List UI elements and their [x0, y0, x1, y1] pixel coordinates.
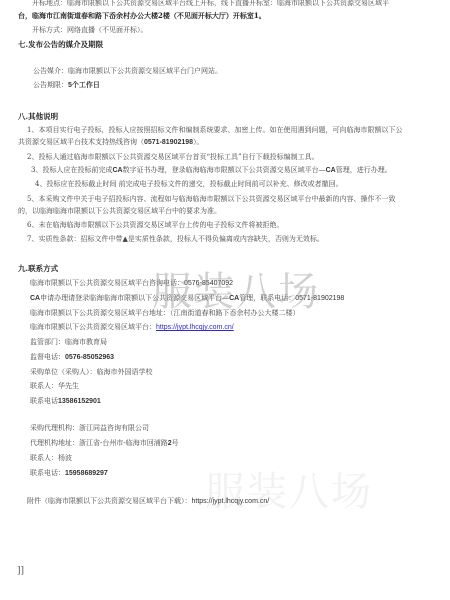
note-1-line1: 1、本项目实行电子投标，投标人应按照招标文件和编制系统要求、加密上传。如在使用遇… [27, 126, 402, 135]
platform-address: 临海市限额以下公共资源交易区域平台地址：（江南街道春和路下岙余村办公大楼二楼） [30, 309, 300, 318]
supervisor-phone: 监督电话：0576-85052963 [30, 353, 114, 362]
tech-support-phone: 0571-81902198 [144, 139, 193, 146]
agency-phone: 联系电话：15958689297 [30, 469, 108, 478]
note-5-line2: 的，以临海临海市限额以下公共资源交易区域平台中的要求为准。 [18, 207, 221, 216]
note-5-line1: 5、本采购文件中关于电子招投标内容、流程如与临海临海市限额以下公共资源交易区域平… [27, 195, 395, 204]
platform-phone: 临海市限额以下公共资源交易区域平台咨询电话：0576-85407092 [30, 279, 233, 288]
section-8-heading: 八.其他说明 [18, 112, 58, 122]
announcement-period-label: 公告期限： [33, 81, 68, 89]
opening-location-line1: 开标地点：临海市限额以下公共资源交易区域平台线上开标，线下直播开标室：临海市限额… [32, 0, 389, 8]
opening-location-line2: 台，临海市江南街道春和路下岙余村办公大楼2楼（不见面开标大厅）开标室1。 [18, 11, 266, 20]
document-page: 开标地点：临海市限额以下公共资源交易区域平台线上开标，线下直播开标室：临海市限额… [0, 0, 450, 600]
note-4: 4、投标应在投标截止时间 前完成电子投标文件的递交，投标截止时间前可以补充、修改… [35, 180, 343, 189]
purchaser-phone: 联系电话13586152901 [30, 397, 101, 406]
watermark: 服装八场 [152, 270, 320, 314]
agency: 采购代理机构：浙江同益咨询有限公司 [30, 424, 149, 433]
text-cursor-icon: ]] [17, 566, 24, 576]
section-7-heading: 七.发布公告的媒介及期限 [18, 40, 103, 50]
note-2: 2、投标人通过临海市限额以下公共资源交易区域平台首页“投标工具”自行下载投标编制… [27, 153, 319, 162]
note-3: 3、投标人应在投标前完成CA数字证书办理，登录临海临海市限额以下公共资源交易区域… [31, 166, 392, 175]
note-1-line2: 共资源交易区域平台技术支持热线咨询（0571-81902198）。 [18, 138, 204, 147]
supervisor: 监管部门：临海市教育局 [30, 338, 107, 347]
agency-contact: 联系人：杨波 [30, 454, 72, 463]
ca-phone-number: 0571-81902198 [295, 295, 344, 302]
platform-url-link[interactable]: https://jypt.lhcqjy.com.cn/ [156, 324, 234, 331]
opening-method: 开标方式：网络直播（不见面开标）。 [32, 26, 148, 35]
purchaser-contact: 联系人：华先生 [30, 382, 79, 391]
section-9-heading: 九.联系方式 [18, 264, 58, 274]
announcement-period: 公告期限：5个工作日 [33, 81, 100, 90]
announcement-media: 公告媒介：临海市限额以下公共资源交易区域平台门户网站。 [33, 67, 222, 76]
announcement-period-value: 5个工作日 [68, 82, 100, 89]
watermark-faint: 服装八场 [205, 470, 373, 514]
purchaser: 采购单位（采购人）：临海市外国语学校 [30, 368, 153, 377]
platform-phone-number: 0576-85407092 [184, 280, 233, 287]
attachment-line: 附件（临海市限额以下公共资源交易区域平台下载）：https://jypt.lhc… [27, 497, 269, 506]
agency-address: 代理机构地址：浙江省-台州市-临海市回浦路2号 [30, 439, 179, 448]
note-6: 6、未在临海临海市限额以下公共资源交易区域平台上传的电子投标文件将被拒绝。 [27, 221, 283, 230]
platform-url-line: 临海市限额以下公共资源交易区域平台：https://jypt.lhcqjy.co… [30, 323, 234, 332]
attachment-url[interactable]: https://jypt.lhcqjy.com.cn/ [192, 498, 270, 505]
note-7: 7、实质性条款：招标文件中带▲是实质性条款，投标人不得负偏离或内容缺失，否则为无… [27, 235, 324, 244]
ca-application: CA申请办理请登录临海临海市限额以下公共资源交易区域平台—CA管理，联系电话：0… [30, 294, 344, 303]
